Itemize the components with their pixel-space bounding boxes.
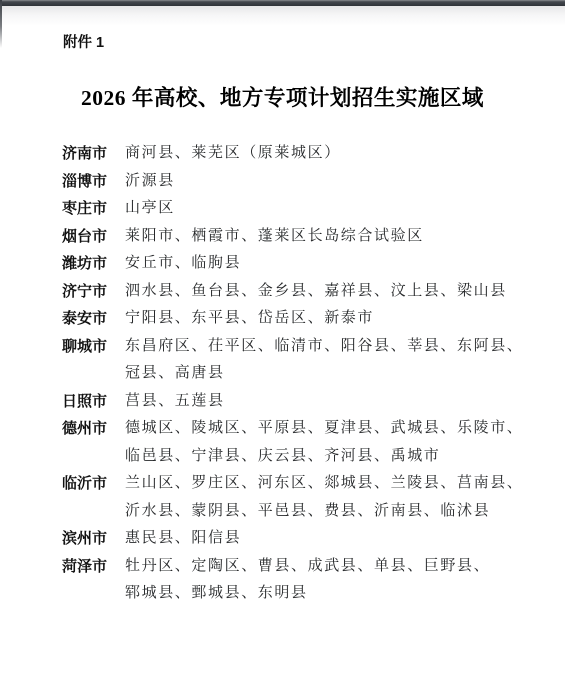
region-line: 商河县、莱芜区（原莱城区） xyxy=(125,140,522,168)
region-list: 泗水县、鱼台县、金乡县、嘉祥县、汶上县、梁山县 xyxy=(125,278,522,306)
region-list: 牡丹区、定陶区、曹县、成武县、单县、巨野县、郓城县、鄄城县、东明县 xyxy=(125,553,522,608)
city-name: 德州市 xyxy=(62,415,125,443)
region-line: 泗水县、鱼台县、金乡县、嘉祥县、汶上县、梁山县 xyxy=(125,278,522,306)
region-list: 宁阳县、东平县、岱岳区、新泰市 xyxy=(125,305,522,333)
city-name: 聊城市 xyxy=(62,333,125,361)
table-row: 德州市德城区、陵城区、平原县、夏津县、武城县、乐陵市、临邑县、宁津县、庆云县、齐… xyxy=(62,415,522,470)
region-line: 山亭区 xyxy=(125,195,522,223)
region-list: 安丘市、临朐县 xyxy=(125,250,522,278)
region-list: 沂源县 xyxy=(125,168,522,196)
region-line: 安丘市、临朐县 xyxy=(125,250,522,278)
region-line: 牡丹区、定陶区、曹县、成武县、单县、巨野县、 xyxy=(125,553,522,581)
region-line: 东昌府区、茌平区、临清市、阳谷县、莘县、东阿县、 xyxy=(125,333,523,361)
region-line: 冠县、高唐县 xyxy=(125,360,523,388)
table-row: 潍坊市安丘市、临朐县 xyxy=(62,250,522,278)
table-row: 聊城市东昌府区、茌平区、临清市、阳谷县、莘县、东阿县、冠县、高唐县 xyxy=(62,333,522,388)
table-row: 菏泽市牡丹区、定陶区、曹县、成武县、单县、巨野县、郓城县、鄄城县、东明县 xyxy=(62,553,522,608)
table-row: 济南市商河县、莱芜区（原莱城区） xyxy=(62,140,522,168)
table-row: 烟台市莱阳市、栖霞市、蓬莱区长岛综合试验区 xyxy=(62,223,522,251)
city-name: 枣庄市 xyxy=(62,195,125,223)
city-name: 济南市 xyxy=(62,140,125,168)
region-list: 莒县、五莲县 xyxy=(125,388,522,416)
region-list: 东昌府区、茌平区、临清市、阳谷县、莘县、东阿县、冠县、高唐县 xyxy=(125,333,523,388)
city-name: 淄博市 xyxy=(62,168,125,196)
table-row: 临沂市兰山区、罗庄区、河东区、郯城县、兰陵县、莒南县、沂水县、蒙阴县、平邑县、费… xyxy=(62,470,522,525)
region-line: 莒县、五莲县 xyxy=(125,388,522,416)
table-row: 枣庄市山亭区 xyxy=(62,195,522,223)
table-row: 日照市莒县、五莲县 xyxy=(62,388,522,416)
region-list: 兰山区、罗庄区、河东区、郯城县、兰陵县、莒南县、沂水县、蒙阴县、平邑县、费县、沂… xyxy=(125,470,523,525)
table-row: 济宁市泗水县、鱼台县、金乡县、嘉祥县、汶上县、梁山县 xyxy=(62,278,522,306)
region-line: 惠民县、阳信县 xyxy=(125,525,522,553)
table-row: 泰安市宁阳县、东平县、岱岳区、新泰市 xyxy=(62,305,522,333)
region-line: 兰山区、罗庄区、河东区、郯城县、兰陵县、莒南县、 xyxy=(125,470,523,498)
region-line: 宁阳县、东平县、岱岳区、新泰市 xyxy=(125,305,522,333)
city-name: 滨州市 xyxy=(62,525,125,553)
page-left-edge-shadow xyxy=(0,0,2,48)
city-name: 泰安市 xyxy=(62,305,125,333)
region-line: 郓城县、鄄城县、东明县 xyxy=(125,580,522,608)
city-name: 济宁市 xyxy=(62,278,125,306)
regions-table: 济南市商河县、莱芜区（原莱城区）淄博市沂源县枣庄市山亭区烟台市莱阳市、栖霞市、蓬… xyxy=(62,140,522,608)
region-list: 惠民县、阳信县 xyxy=(125,525,522,553)
page-title: 2026 年高校、地方专项计划招生实施区域 xyxy=(0,81,565,112)
region-list: 莱阳市、栖霞市、蓬莱区长岛综合试验区 xyxy=(125,223,522,251)
city-name: 潍坊市 xyxy=(62,250,125,278)
city-name: 烟台市 xyxy=(62,223,125,251)
region-line: 沂源县 xyxy=(125,168,522,196)
document-page: 附件 1 2026 年高校、地方专项计划招生实施区域 济南市商河县、莱芜区（原莱… xyxy=(0,0,565,675)
region-line: 莱阳市、栖霞市、蓬莱区长岛综合试验区 xyxy=(125,223,522,251)
region-line: 德城区、陵城区、平原县、夏津县、武城县、乐陵市、 xyxy=(125,415,523,443)
region-list: 山亭区 xyxy=(125,195,522,223)
city-name: 日照市 xyxy=(62,388,125,416)
table-row: 淄博市沂源县 xyxy=(62,168,522,196)
city-name: 菏泽市 xyxy=(62,553,125,581)
chrome-drop-shadow xyxy=(0,6,565,26)
table-row: 滨州市惠民县、阳信县 xyxy=(62,525,522,553)
attachment-label: 附件 1 xyxy=(63,31,104,52)
region-line: 临邑县、宁津县、庆云县、齐河县、禹城市 xyxy=(125,443,523,471)
city-name: 临沂市 xyxy=(62,470,125,498)
region-list: 德城区、陵城区、平原县、夏津县、武城县、乐陵市、临邑县、宁津县、庆云县、齐河县、… xyxy=(125,415,523,470)
region-line: 沂水县、蒙阴县、平邑县、费县、沂南县、临沭县 xyxy=(125,498,523,526)
region-list: 商河县、莱芜区（原莱城区） xyxy=(125,140,522,168)
